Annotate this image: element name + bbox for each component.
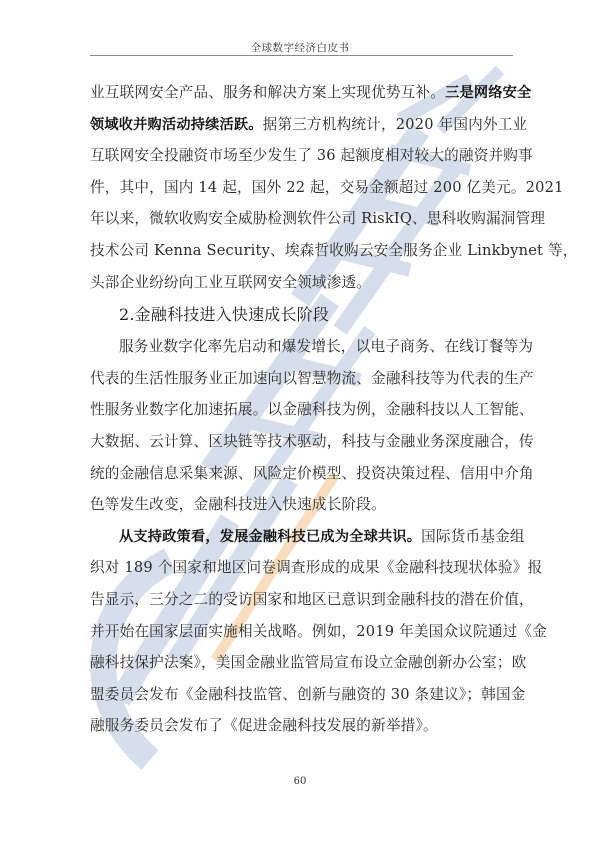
running-header-title: 全球数字经济白皮书	[0, 40, 600, 55]
paragraph-3-line-7: 融服务委员会发布了《促进金融科技发展的新举措》。	[90, 710, 511, 742]
paragraph-1-line-7: 头部企业纷纷向工业互联网安全领域渗透。	[90, 267, 511, 299]
text-segment: 业互联网安全产品、服务和解决方案上实现优势互补。	[90, 84, 445, 101]
paragraph-1-line-3: 互联网安全投融资市场至少发生了 36 起额度相对较大的融资并购事	[90, 140, 511, 172]
bold-text-segment: 三是网络安全	[445, 85, 531, 101]
paragraph-3-line-2: 织对 189 个国家和地区问卷调查形成的成果《金融科技现状体验》报	[90, 552, 511, 584]
paragraph-1-line-1: 业互联网安全产品、服务和解决方案上实现优势互补。三是网络安全	[90, 77, 511, 109]
paragraph-2-line-2: 代表的生活性服务业正加速向以智慧物流、金融科技等为代表的生产	[90, 363, 511, 395]
paragraph-1-line-5: 年以来，微软收购安全威胁检测软件公司 RiskIQ、思科收购漏洞管理	[90, 203, 511, 235]
text-segment: 国际货币基金组	[421, 528, 525, 545]
paragraph-1-line-4: 件，其中，国内 14 起，国外 22 起，交易金额超过 200 亿美元。2021	[90, 172, 511, 204]
paragraph-2-line-5: 统的金融信息采集来源、风险定价模型、投资决策过程、信用中介角	[90, 458, 511, 490]
paragraph-3-line-3: 告显示，三分之二的受访国家和地区已意识到金融科技的潜在价值，	[90, 584, 511, 616]
bold-text-segment: 领域收并购活动持续活跃。	[90, 117, 263, 133]
page-number: 60	[0, 776, 600, 787]
text-segment: 据第三方机构统计，2020 年国内外工业	[263, 116, 528, 133]
bold-text-segment: 从支持政策看，发展金融科技已成为全球共识。	[119, 529, 421, 545]
paragraph-3-line-4: 并开始在国家层面实施相关战略。例如，2019 年美国众议院通过《金	[90, 616, 511, 648]
paragraph-1-line-2: 领域收并购活动持续活跃。据第三方机构统计，2020 年国内外工业	[90, 109, 511, 141]
paragraph-1-line-6: 技术公司 Kenna Security、埃森哲收购云安全服务企业 Linkbyn…	[90, 235, 511, 267]
paragraph-2-line-3: 性服务业数字化加速拓展。以金融科技为例，金融科技以人工智能、	[90, 394, 511, 426]
paragraph-2-line-1: 服务业数字化率先启动和爆发增长，以电子商务、在线订餐等为	[90, 331, 511, 363]
body-content: 业互联网安全产品、服务和解决方案上实现优势互补。三是网络安全 领域收并购活动持续…	[90, 77, 511, 742]
paragraph-3-line-6: 盟委员会发布《金融科技监管、创新与融资的 30 条建议》；韩国金	[90, 679, 511, 711]
section-heading: 2.金融科技进入快速成长阶段	[90, 298, 511, 331]
paragraph-2-line-4: 大数据、云计算、区块链等技术驱动，科技与金融业务深度融合，传	[90, 426, 511, 458]
paragraph-3-line-1: 从支持政策看，发展金融科技已成为全球共识。国际货币基金组	[90, 521, 511, 553]
document-page: 全球数字经济白皮书 业互联网安全产品、服务和解决方案上实现优势互补。三是网络安全…	[0, 0, 600, 848]
header-divider	[90, 55, 513, 56]
paragraph-2-line-6: 色等发生改变，金融科技进入快速成长阶段。	[90, 489, 511, 521]
paragraph-3-line-5: 融科技保护法案》，美国金融业监管局宣布设立金融创新办公室；欧	[90, 647, 511, 679]
